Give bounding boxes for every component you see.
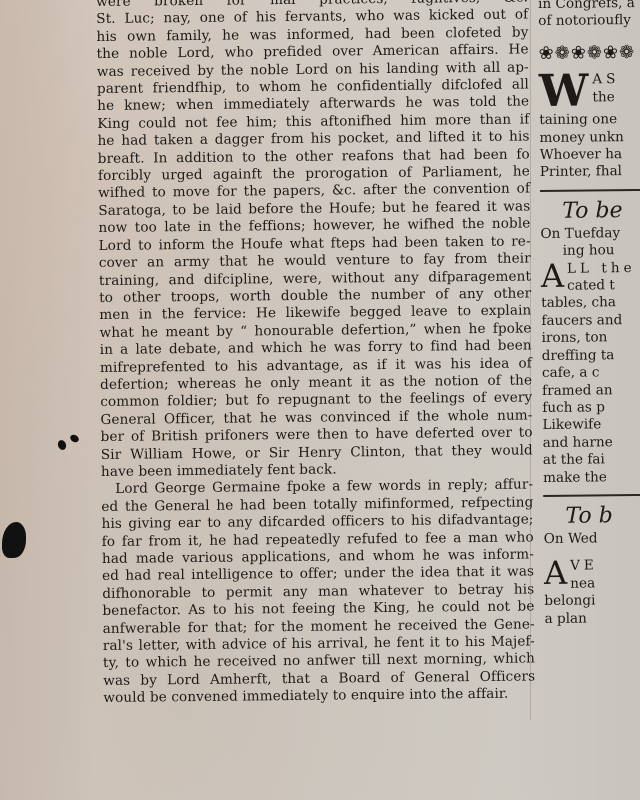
- section-rule: [540, 189, 640, 192]
- notice-line: taining one: [539, 111, 640, 130]
- notice-line: make the: [543, 468, 640, 487]
- auction-notice-2: To b On Wed A VE nea belongi a plan: [543, 502, 640, 628]
- notice-line: faucers and: [541, 312, 640, 331]
- drop-cap: W: [539, 72, 589, 113]
- notice-line: Printer, fhal: [540, 163, 640, 182]
- notice-line: dreffing ta: [542, 346, 640, 365]
- notice-line: money unkn: [539, 128, 640, 147]
- notice-line: tables, cha: [541, 294, 640, 313]
- right-top-line: of notorioufly: [538, 12, 640, 31]
- notice-line: a plan: [544, 609, 640, 628]
- notice-line: cafe, a c: [542, 364, 640, 383]
- notice-line: belongi: [544, 592, 640, 611]
- notice-line: Whoever ha: [540, 146, 640, 165]
- main-article-column: were broken for mal practices, fughtives…: [96, 0, 535, 708]
- notice-line: irons, ton: [542, 329, 640, 348]
- ornament-divider-icon: ❀❁❀❁❀❁: [539, 44, 640, 63]
- section-heading: To be: [562, 197, 640, 226]
- auction-notice-1: To be On Tuefday ing hou A LL the cated …: [540, 197, 640, 487]
- right-advertisement-column: in Congrefs, a of notorioufly ❀❁❀❁❀❁ W A…: [538, 0, 640, 628]
- section-heading: To b: [565, 502, 640, 531]
- drop-cap: A: [541, 260, 564, 290]
- paper-tear: [2, 522, 26, 558]
- notice-line: framed an: [542, 381, 640, 400]
- notice-line: fuch as p: [542, 399, 640, 418]
- notice-line: and harne: [543, 433, 640, 452]
- notice-line: On Tuefday: [540, 225, 640, 244]
- notice-lost-money: W AS the taining one money unkn Whoever …: [539, 71, 640, 182]
- section-rule: [543, 494, 640, 497]
- notice-line: On Wed: [544, 530, 640, 549]
- right-top-line: in Congrefs, a: [538, 0, 640, 13]
- notice-line: Likewife: [542, 416, 640, 435]
- drop-cap: A: [544, 558, 567, 588]
- notice-line: at the fai: [543, 451, 640, 470]
